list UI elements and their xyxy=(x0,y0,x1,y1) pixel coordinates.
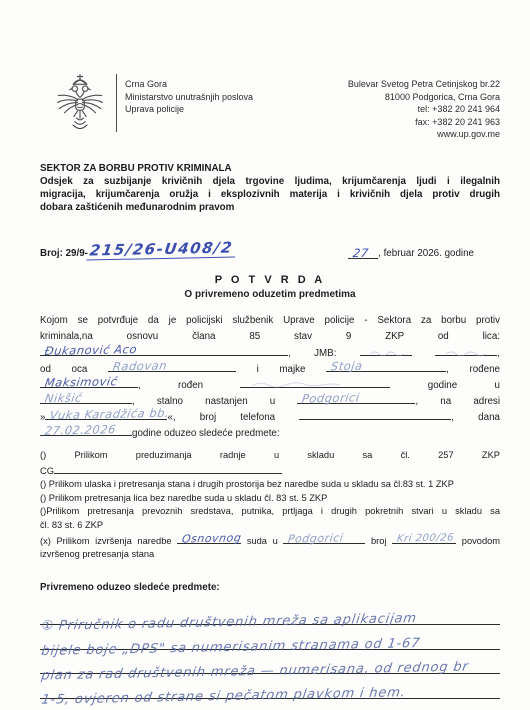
father-name-handwritten: Radovan xyxy=(112,357,168,374)
birthdate-field xyxy=(240,377,390,388)
seized-items-list: ① Priručnik o radu društvenih mreža sa a… xyxy=(40,601,500,699)
cg-label: CG xyxy=(40,466,54,476)
court-handwritten: Osnovnog xyxy=(181,531,242,546)
checklist-item-1-text: Prilikom preduzimanja radnje u skladu sa… xyxy=(74,450,500,460)
document-title: P O T V R D A O privremeno oduzetim pred… xyxy=(40,274,500,300)
jmb-field-2 xyxy=(435,345,497,356)
body-line-8: 27.02.2026 godine oduzeo sledeće predmet… xyxy=(40,425,500,441)
document-page: Crna Gora Ministarstvo unutrašnjih poslo… xyxy=(40,72,500,699)
header-divider xyxy=(116,74,117,132)
maiden-name-handwritten: Maksimović xyxy=(44,373,119,391)
checklist-item-1: () Prilikom preduzimanja radnje u skladu… xyxy=(40,449,500,463)
checklist-item-5: (x) Prilikom izvršenja naredbe Osnovnog … xyxy=(40,533,500,549)
address-field: Vuka Karadžića bb. xyxy=(45,409,167,420)
checklist-item-3: () Prilikom pretresanja lica bez naredbe… xyxy=(40,492,500,506)
body-line-3: Đukanović Aco , JMB: , xyxy=(40,345,500,361)
website-url: www.up.gov.me xyxy=(348,128,500,141)
checkbox-1: () xyxy=(40,450,46,460)
mother-label: i majke xyxy=(257,364,306,375)
person-name-field: Đukanović Aco xyxy=(40,345,288,356)
pencil-scribble xyxy=(445,349,485,356)
contact-block: Bulevar Svetog Petra Cetinjskog br.22 81… xyxy=(348,78,500,141)
phone-field xyxy=(299,409,451,420)
seized-item-line: ① Priručnik o radu društvenih mreža sa a… xyxy=(40,601,500,626)
city-address: 81000 Podgorica, Crna Gora xyxy=(348,91,500,104)
sector-heading: SEKTOR ZA BORBU PROTIV KRIMINALA Odsjek … xyxy=(40,162,500,214)
legal-basis-checklist: () Prilikom preduzimanja radnje u skladu… xyxy=(40,449,500,562)
checklist-item-5-cont: izvršenog pretresanja stana xyxy=(40,548,500,562)
agency-block: Crna Gora Ministarstvo unutrašnjih poslo… xyxy=(125,72,253,116)
godine-u-label: godine u xyxy=(428,380,500,391)
directorate-name: Uprava policije xyxy=(125,103,253,116)
checklist-item-2: () Prilikom ulaska i pretresanja stana i… xyxy=(40,478,500,492)
fax-number: fax: +382 20 241 963 xyxy=(348,116,500,129)
rodjene-label: , rođene xyxy=(446,364,500,375)
jmb-label: , JMB: xyxy=(288,348,336,359)
checklist-item-1-cont: CG xyxy=(40,463,500,479)
dana-label: , dana xyxy=(451,412,500,423)
checklist-item-4: ()Prilikom pretresanja prevoznih sredsta… xyxy=(40,505,500,519)
court-city-field: Podgorici xyxy=(283,533,365,544)
form-body: Kojom se potvrđuje da je policijski služ… xyxy=(40,313,500,441)
date-suffix: , februar 2026. godine xyxy=(378,248,474,259)
ministry-name: Ministarstvo unutrašnjih poslova xyxy=(125,91,253,104)
comma: , xyxy=(497,348,500,359)
seizure-date-field: 27.02.2026 xyxy=(40,425,132,436)
seized-item-handwritten-4: 1-5, ovjeren od strane si pečatom plavko… xyxy=(40,685,406,708)
day-handwritten: 27 xyxy=(352,246,370,260)
pencil-scribble xyxy=(250,380,360,388)
case-number-handwritten: 215/26-U408/2 xyxy=(86,238,237,260)
court-city-handwritten: Podgorici xyxy=(287,531,344,546)
body-line-1: Kojom se potvrđuje da je policijski služ… xyxy=(40,313,500,329)
checklist-item-5-text-3: broj xyxy=(371,536,387,546)
mother-name-field: Stoja xyxy=(326,361,446,372)
father-name-field: Radovan xyxy=(108,361,236,372)
seized-items-heading: Privremeno oduzeo sledeće predmete: xyxy=(40,582,500,593)
jmb-field-1 xyxy=(360,345,412,356)
pencil-scribble xyxy=(370,349,404,356)
maiden-name-field: Maksimović xyxy=(40,377,138,388)
seized-item-line: 1-5, ovjeren od strane si pečatom plavko… xyxy=(40,674,500,699)
checkbox-5-checked: (x) xyxy=(40,536,51,546)
telefona-label: «, broj telefona xyxy=(167,412,275,423)
checklist-item-4-cont: čl. 83 st. 6 ZKP xyxy=(40,519,500,533)
cg-field xyxy=(54,463,282,474)
line-last-label: godine oduzeo sledeće predmete: xyxy=(132,428,280,439)
case-no-handwritten: Kri 200/26 xyxy=(396,531,455,546)
title-subtitle: O privremeno oduzetim predmetima xyxy=(40,289,500,300)
person-name-handwritten: Đukanović Aco xyxy=(44,341,138,359)
case-number-label: Broj: 29/9- xyxy=(40,248,88,259)
checklist-item-5-text-4: povodom xyxy=(462,536,500,546)
phone-number: tel: +382 20 241 964 xyxy=(348,103,500,116)
case-no-field: Kri 200/26 xyxy=(392,533,456,544)
sector-line-3: dobara zaštićenih međunarodnim pravom xyxy=(40,201,500,214)
court-field: Osnovnog xyxy=(177,533,241,544)
na-adresi-label: , na adresi xyxy=(415,396,500,407)
street-address: Bulevar Svetog Petra Cetinjskog br.22 xyxy=(348,78,500,91)
mother-name-handwritten: Stoja xyxy=(330,358,364,375)
seizure-date-handwritten: 27.02.2026 xyxy=(44,421,117,438)
birthplace-field: Nikšić xyxy=(40,393,132,404)
seized-item-line: bijele boje „DPS" sa numerisanim stranam… xyxy=(40,625,500,650)
body-line-5: Maksimović , rođen godine u xyxy=(40,377,500,393)
day-blank: 27 xyxy=(348,248,378,259)
sector-line-1: Odsjek za suzbijanje krivičnih djela trg… xyxy=(40,175,500,188)
residence-handwritten: Podgorici xyxy=(301,389,361,406)
checklist-item-5-text-2: suda u xyxy=(247,536,278,546)
title-main: P O T V R D A xyxy=(40,274,500,286)
country-name: Crna Gora xyxy=(125,78,253,91)
checklist-item-5-text-1: Prilikom izvršenja naredbe xyxy=(56,536,171,546)
seized-item-line: plan za rad društvenih mreža — numerisan… xyxy=(40,650,500,675)
coat-of-arms-icon xyxy=(54,72,106,140)
case-number-line: Broj: 29/9- 215/26-U408/2 27 , februar 2… xyxy=(40,240,500,259)
sector-line-2: migracija, krijumčarenja oružja i eksplo… xyxy=(40,188,500,201)
rodjen-label: , rođen xyxy=(138,380,203,391)
birthplace-handwritten: Nikšić xyxy=(44,390,83,407)
residence-field: Podgorici xyxy=(297,393,415,404)
sector-title: SEKTOR ZA BORBU PROTIV KRIMINALA xyxy=(40,162,500,175)
letterhead: Crna Gora Ministarstvo unutrašnjih poslo… xyxy=(40,72,500,160)
